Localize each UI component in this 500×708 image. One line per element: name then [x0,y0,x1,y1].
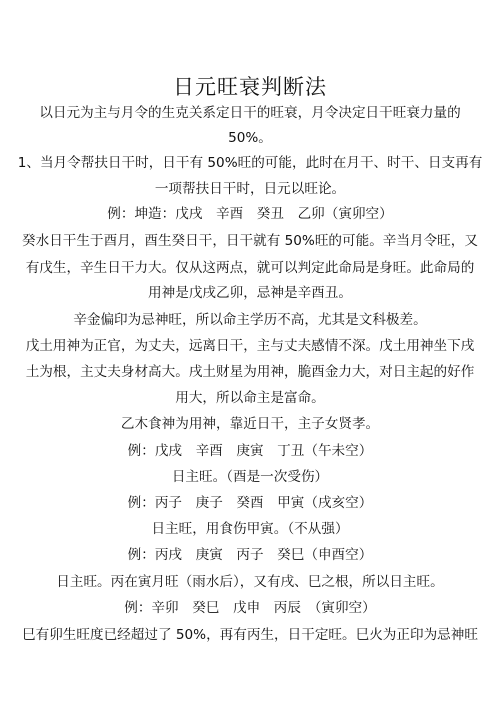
paragraph-line: 乙木食神为用神，靠近日干，主子女贤孝。 [0,414,500,434]
example-line: 例：戊戌 辛酉 庚寅 丁丑（午未空） [0,441,500,461]
paragraph-line: 辛金偏印为忌神旺，所以命主学历不高，尤其是文科极差。 [0,310,500,330]
example-line: 例：丙戌 庚寅 丙子 癸巳（申酉空） [0,545,500,565]
page-title: 日元旺衰判断法 [0,73,500,101]
paragraph-line: 用大，所以命主是富命。 [0,388,500,408]
paragraph-line: 巳有卯生旺度已经超过了 50%，再有丙生，日干定旺。巳火为正印为忌神旺 [0,625,500,645]
paragraph-line: 土为根，主丈夫身材高大。戌土财星为用神，脆酉金力大，对日主起的好作 [0,362,500,382]
paragraph-line: 50%。 [0,128,500,148]
paragraph-line: 1、当月令帮扶日干时，日干有 50%旺的可能，此时在月干、时干、日支再有 [0,153,500,173]
paragraph-line: 日主旺。丙在寅月旺（雨水后），又有戌、巳之根，所以日主旺。 [0,572,500,592]
paragraph-line: 以日元为主与月令的生克关系定日干的旺衰，月令决定日干旺衰力量的 [0,103,500,123]
paragraph-line: 日主旺。（酉是一次受伤） [0,467,500,487]
paragraph-line: 戊土用神为正官，为丈夫，远离日干，主与丈夫感情不深。戊土用神坐下戌 [0,336,500,356]
paragraph-line: 有戊生，辛生日干力大。仅从这两点，就可以判定此命局是身旺。此命局的 [0,258,500,278]
example-line: 例：辛卯 癸巳 戊申 丙辰 （寅卯空） [0,598,500,618]
paragraph-line: 一项帮扶日干时，日元以旺论。 [0,179,500,199]
example-line: 例：丙子 庚子 癸酉 甲寅（戌亥空） [0,493,500,513]
paragraph-line: 癸水日干生于酉月，酉生癸日干，日干就有 50%旺的可能。辛当月令旺，又 [0,231,500,251]
example-line: 例：坤造：戊戌 辛酉 癸丑 乙卯（寅卯空） [0,204,500,224]
paragraph-line: 日主旺，用食伤甲寅。（不从强） [0,519,500,539]
paragraph-line: 用神是戊戌乙卯，忌神是辛酉丑。 [0,283,500,303]
